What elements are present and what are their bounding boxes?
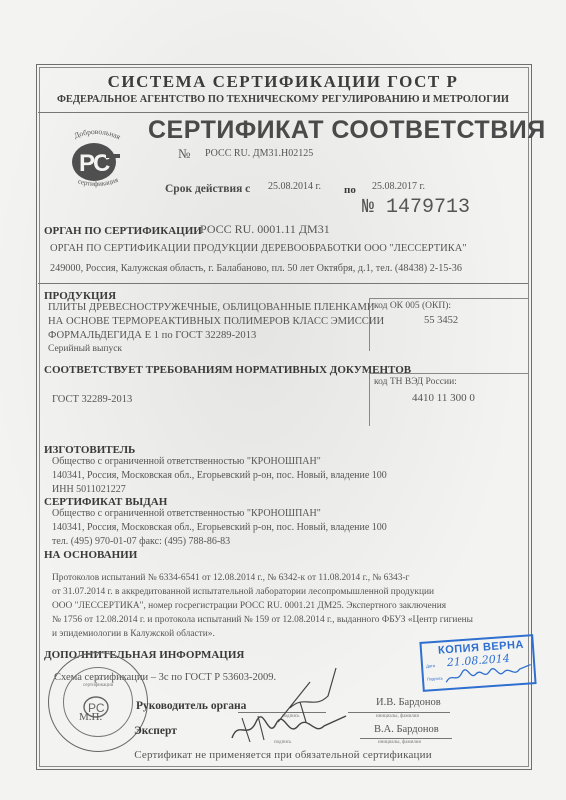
organ-seal-icon: для сертификации РС М.П.: [48, 652, 148, 752]
organ-label: ОРГАН ПО СЕРТИФИКАЦИИ: [44, 225, 202, 237]
issued-to-contacts: тел. (495) 970-01-07 факс: (495) 788-86-…: [52, 536, 230, 547]
organ-code: РОСС RU. 0001.11 ДМ31: [200, 222, 330, 237]
tnved-label: код ТН ВЭД России:: [374, 377, 457, 387]
organ-address: 249000, Россия, Калужская область, г. Ба…: [50, 263, 462, 274]
svg-text:Добровольная: Добровольная: [73, 128, 122, 141]
seal-center-text: для сертификации: [83, 677, 113, 689]
head-name: И.В. Бардонов: [376, 697, 441, 708]
okp-value: 55 3452: [424, 315, 458, 326]
product-line-3: ФОРМАЛЬДЕГИДА Е 1 по ГОСТ 32289-2013: [48, 330, 256, 341]
product-line-1: ПЛИТЫ ДРЕВЕСНОСТРУЖЕЧНЫЕ, ОБЛИЦОВАННЫЕ П…: [48, 302, 375, 313]
certificate-title: СЕРТИФИКАТ СООТВЕТСТВИЯ: [148, 116, 546, 145]
stamp-date-label: Дата: [426, 663, 435, 669]
basis-line-4: № 1756 от 12.08.2014 г. и протокола испы…: [52, 615, 473, 625]
expert-label: Эксперт: [134, 725, 177, 737]
expert-sign-caption: подпись: [274, 740, 291, 745]
expert-name-caption: инициалы, фамилия: [378, 740, 421, 745]
validity-label: Срок действия с: [165, 183, 250, 195]
valid-to-date: 25.08.2017 г.: [372, 181, 425, 192]
tnved-value: 4410 11 300 0: [412, 392, 475, 404]
basis-label: НА ОСНОВАНИИ: [44, 549, 137, 561]
basis-line-3: ООО "ЛЕССЕРТИКА", номер госрегистрации Р…: [52, 601, 446, 611]
issued-to-label: СЕРТИФИКАТ ВЫДАН: [44, 496, 167, 508]
conformity-label: СООТВЕТСТВУЕТ ТРЕБОВАНИЯМ НОРМАТИВНЫХ ДО…: [44, 364, 411, 376]
valid-to-label: по: [344, 184, 356, 196]
seal-mp: М.П.: [79, 711, 102, 723]
footer-note: Сертификат не применяется при обязательн…: [0, 749, 566, 761]
valid-from-date: 25.08.2014 г.: [268, 181, 321, 192]
certificate-number: РОСС RU. ДМ31.Н02125: [205, 148, 313, 159]
organ-name: ОРГАН ПО СЕРТИФИКАЦИИ ПРОДУКЦИИ ДЕРЕВООБ…: [50, 243, 467, 254]
basis-line-5: и эпидемиологии в Калужской области».: [52, 629, 215, 639]
manufacturer-name: Общество с ограниченной ответственностью…: [52, 456, 321, 467]
expert-name: В.А. Бардонов: [374, 724, 439, 735]
rst-logo-icon: Добровольная Р С сертификация: [60, 128, 132, 190]
manufacturer-address: 140341, Россия, Московская обл., Егорьев…: [52, 470, 387, 481]
head-of-organ-label: Руководитель органа: [136, 700, 246, 712]
organ-divider: [38, 283, 528, 284]
certification-system-title: СИСТЕМА СЕРТИФИКАЦИИ ГОСТ Р: [0, 72, 566, 92]
okp-label: код ОК 005 (ОКП):: [374, 301, 451, 311]
number-sign: №: [178, 146, 190, 162]
basis-line-1: Протоколов испытаний № 6334-6541 от 12.0…: [52, 573, 409, 583]
issued-to-name: Общество с ограниченной ответственностью…: [52, 508, 321, 519]
head-name-caption: инициалы, фамилия: [376, 714, 419, 719]
form-number: № 1479713: [362, 196, 470, 219]
certified-copy-stamp: КОПИЯ ВЕРНА Дата Подпись 21.08.2014: [419, 634, 536, 692]
product-line-2: НА ОСНОВЕ ТЕРМОРЕАКТИВНЫХ ПОЛИМЕРОВ КЛАС…: [48, 316, 384, 327]
manufacturer-label: ИЗГОТОВИТЕЛЬ: [44, 444, 135, 456]
issued-to-address: 140341, Россия, Московская обл., Егорьев…: [52, 522, 387, 533]
standard-value: ГОСТ 32289-2013: [52, 394, 132, 405]
basis-line-2: от 31.07.2014 г. в аккредитованной испыт…: [52, 587, 434, 597]
agency-name: ФЕДЕРАЛЬНОЕ АГЕНТСТВО ПО ТЕХНИЧЕСКОМУ РЕ…: [0, 94, 566, 105]
stamp-sign-label: Подпись: [427, 675, 443, 681]
product-label: ПРОДУКЦИЯ: [44, 290, 116, 302]
release-type: Серийный выпуск: [48, 344, 122, 354]
manufacturer-inn: ИНН 5011021227: [52, 484, 126, 495]
header-divider: [38, 112, 528, 113]
